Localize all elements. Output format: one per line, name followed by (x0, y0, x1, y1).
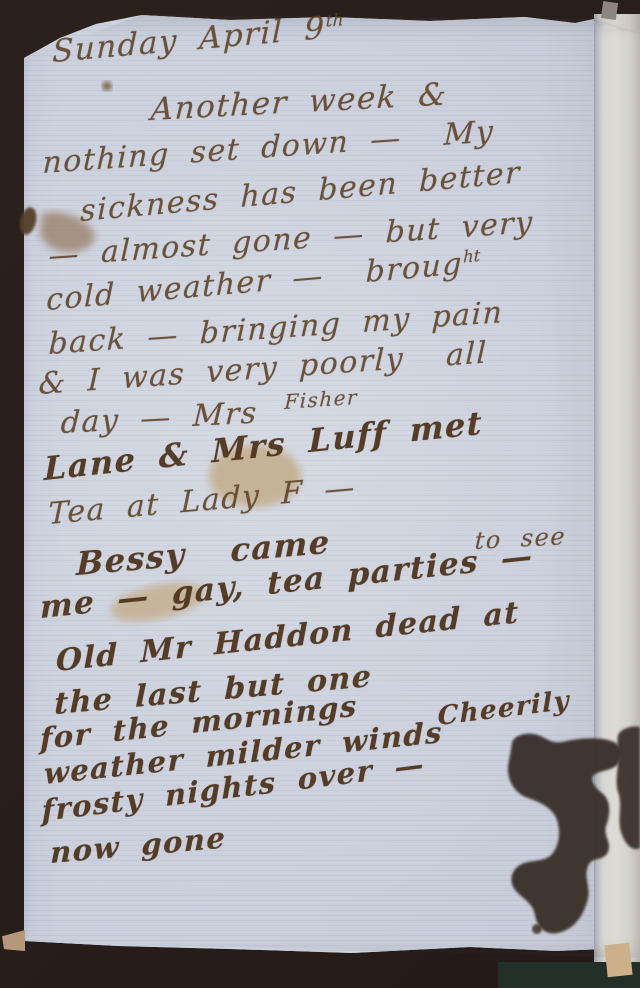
scanned-manuscript-photo: Sunday April 9thAnother week &nothing se… (0, 0, 640, 988)
handwriting-text: now gone (50, 820, 227, 870)
handwriting-superscript: ht (463, 246, 481, 267)
handwriting-line-9: Fisher (284, 385, 358, 414)
handwriting-line-0: Sunday April 9th (52, 8, 344, 70)
handwriting-text: Fisher (284, 385, 358, 414)
handwriting-text: Cheerily (437, 686, 570, 732)
handwriting-superscript: th (326, 10, 344, 32)
handwriting-layer: Sunday April 9thAnother week &nothing se… (0, 0, 640, 988)
handwriting-text: Sunday April 9 (52, 10, 326, 70)
handwriting-line-21: now gone (50, 820, 227, 870)
handwriting-line-18: Cheerily (437, 686, 570, 732)
